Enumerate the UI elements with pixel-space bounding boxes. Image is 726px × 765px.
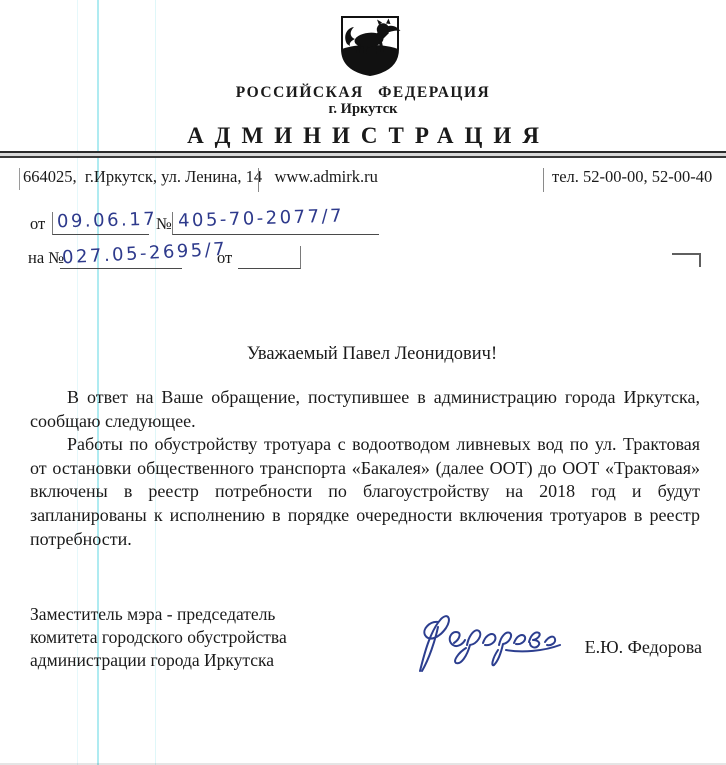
paragraph: В ответ на Ваше обращение, поступившее в… — [30, 386, 700, 433]
reply-label: на № — [28, 248, 64, 268]
scanned-letter-page: РОССИЙСКАЯ ФЕДЕРАЦИЯ г. Иркутск АДМИНИСТ… — [0, 0, 726, 765]
letterhead-address: 664025, г.Иркутск, ул. Ленина, 14 www.ad… — [23, 167, 378, 187]
letterhead-country: РОССИЙСКАЯ ФЕДЕРАЦИЯ — [0, 84, 726, 102]
reply-date-field — [238, 246, 301, 269]
letterhead-city: г. Иркутск — [0, 101, 726, 118]
paragraph: Работы по обустройству тротуара с водоот… — [30, 433, 700, 551]
letterhead-phone: тел. 52-00-00, 52-00-40 — [552, 167, 712, 187]
from-date-handwriting: 09.06.17 — [57, 209, 158, 233]
address-field-tick — [19, 168, 20, 190]
from-label: от — [30, 214, 45, 234]
address-zone-corner-mark — [672, 253, 701, 267]
letterhead-organization: АДМИНИСТРАЦИЯ — [0, 123, 726, 149]
address-separator — [258, 168, 259, 192]
phone-separator — [543, 168, 544, 192]
letter-body: В ответ на Ваше обращение, поступившее в… — [30, 386, 700, 551]
signer-name: Е.Ю. Федорова — [556, 637, 702, 658]
signer-position-line: комитета городского обустройства — [30, 626, 287, 649]
reply-date-label: от — [217, 248, 232, 268]
salutation: Уважаемый Павел Леонидович! — [0, 344, 726, 365]
signer-position-line: администрации города Иркутска — [30, 649, 287, 672]
handwritten-signature — [410, 597, 565, 684]
signer-position-line: Заместитель мэра - председатель — [30, 603, 287, 626]
signer-position-block: Заместитель мэра - председатель комитета… — [30, 603, 287, 672]
reply-number-handwriting: 027.05-2695/7 — [62, 239, 228, 269]
irkutsk-coat-of-arms-icon — [336, 13, 404, 84]
letterhead-divider-rule — [0, 151, 726, 158]
number-label: № — [156, 214, 172, 234]
